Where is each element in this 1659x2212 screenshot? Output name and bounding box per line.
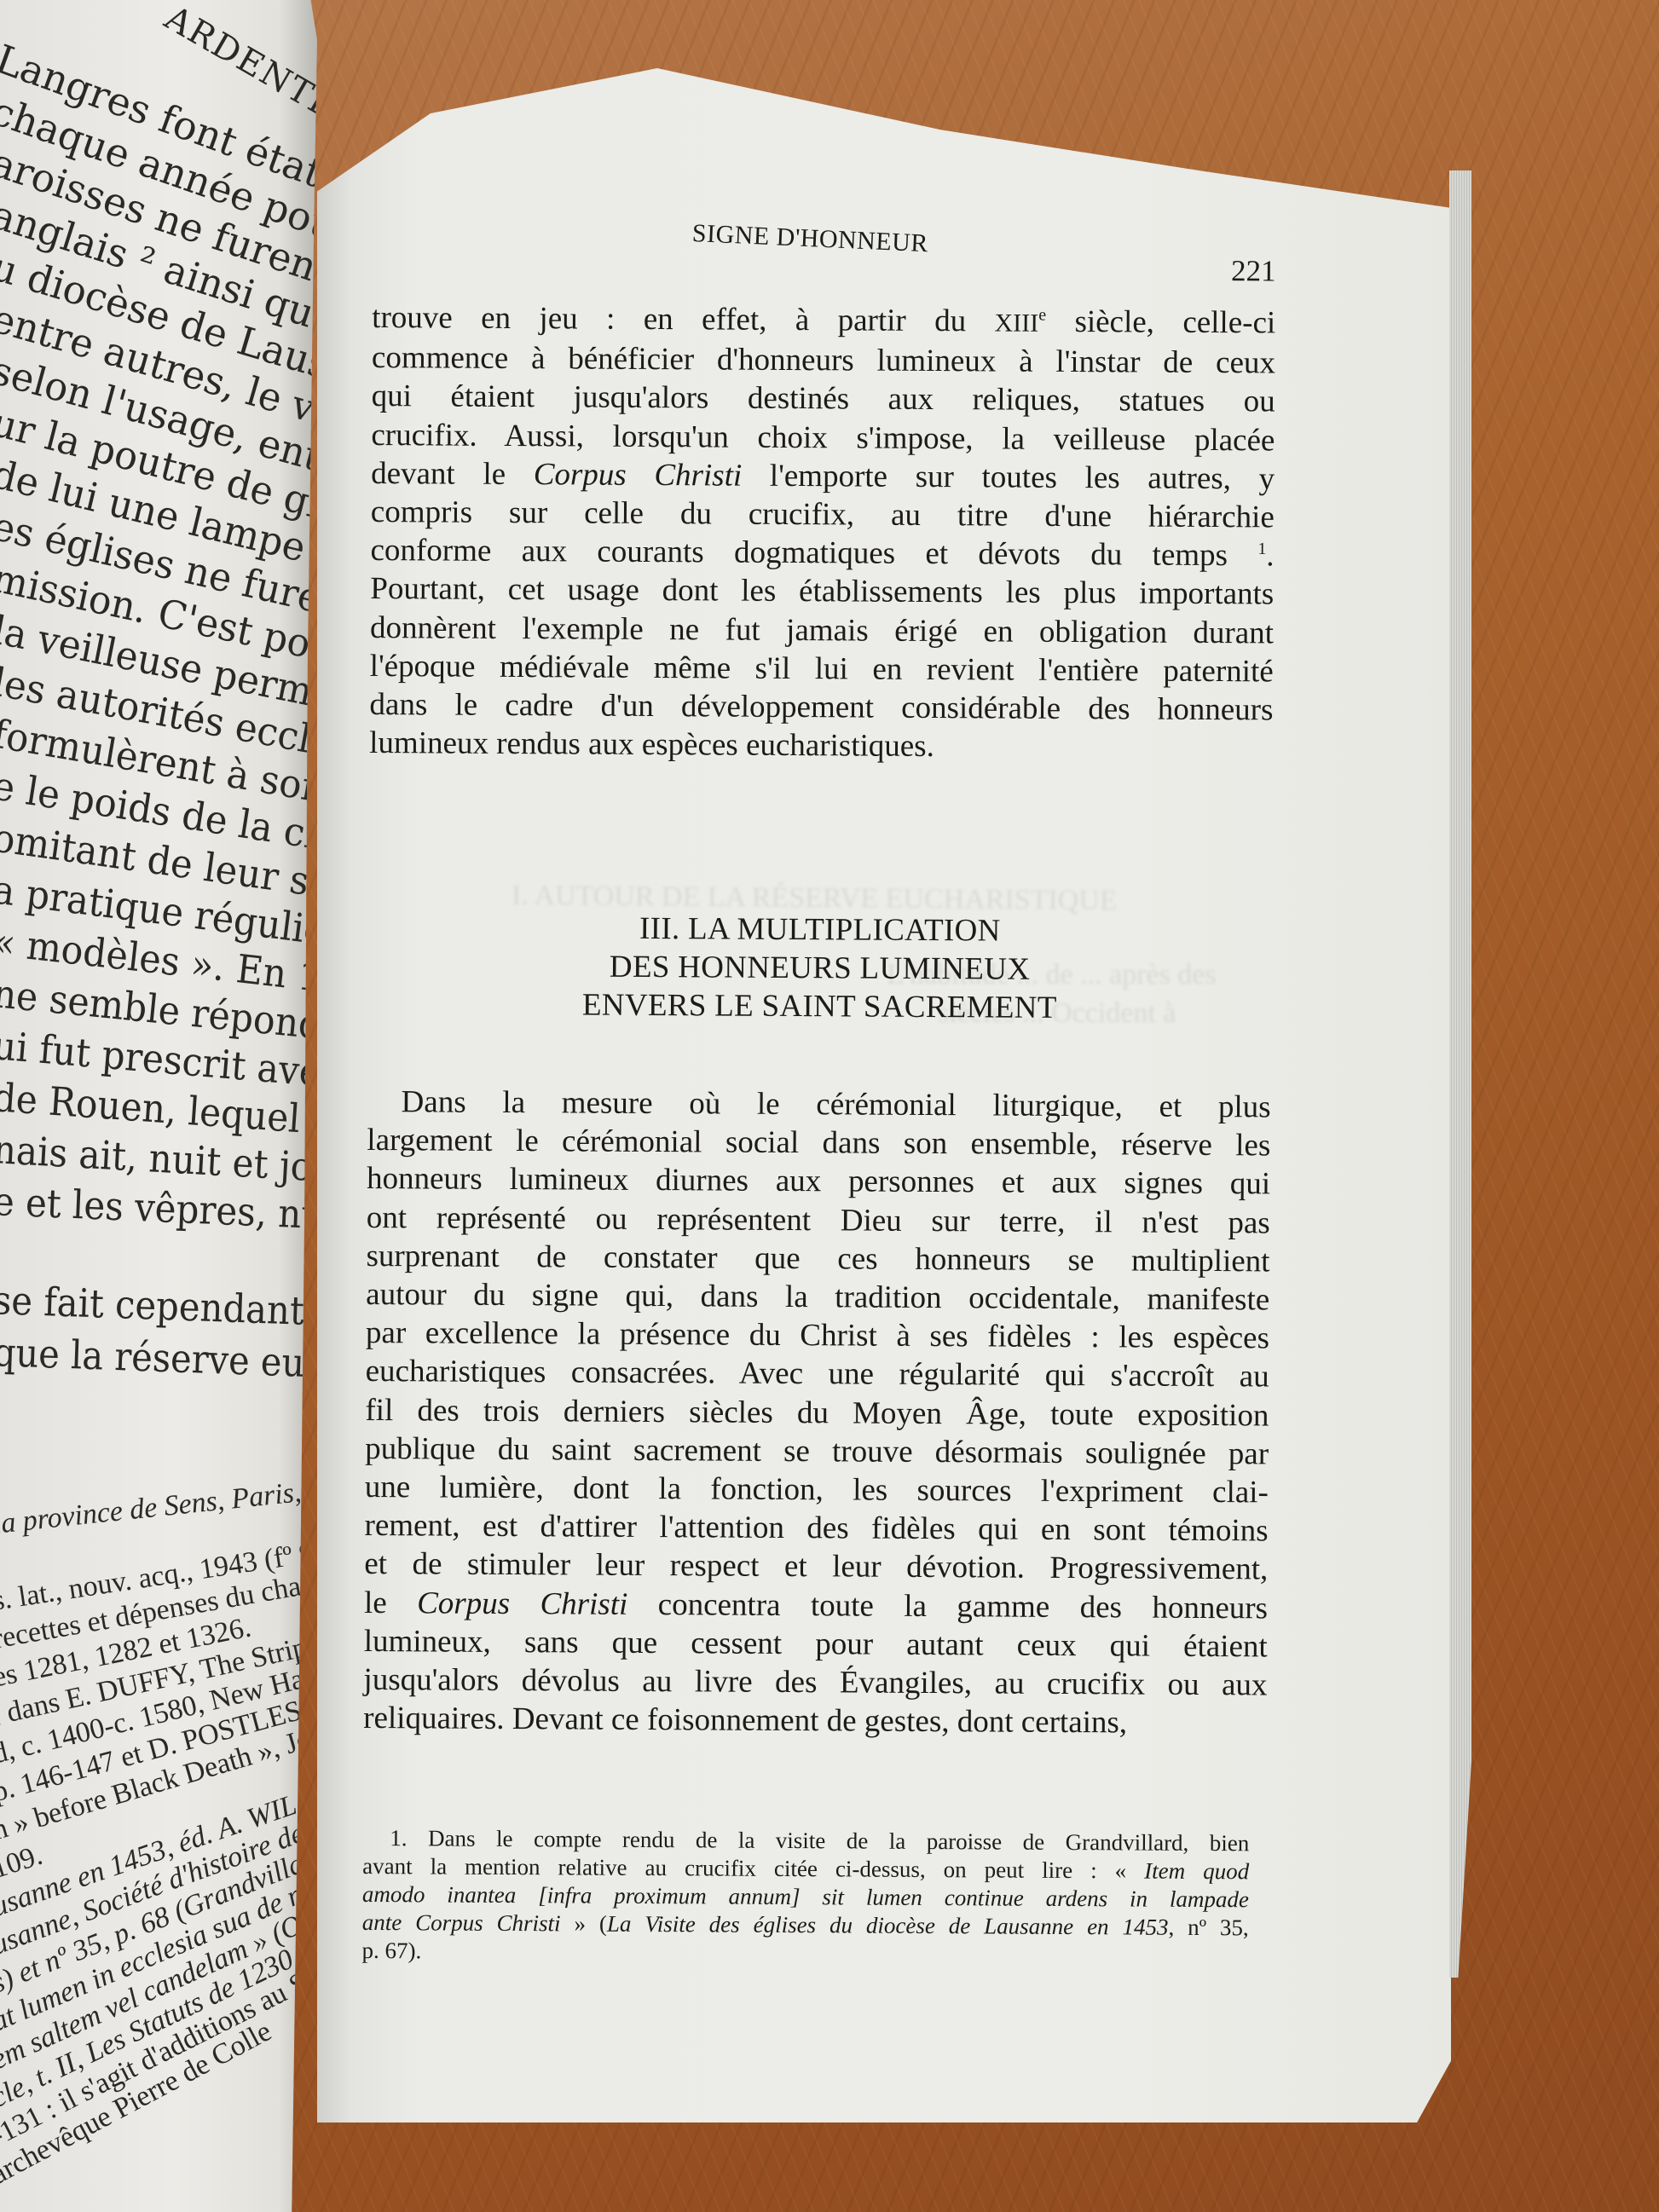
page-number: 221	[1231, 254, 1276, 288]
section-heading: III. LA MULTIPLICATION DES HONNEURS LUMI…	[367, 908, 1272, 1028]
text-run: honneurs lumineux diurnes aux personnes …	[367, 1161, 1270, 1201]
text-line: l'époque médiévale même s'il lui en revi…	[370, 647, 1274, 691]
text-line: Pourtant, cet usage dont les établisseme…	[370, 569, 1274, 614]
running-header: SIGNE D'HONNEUR 221	[373, 213, 1276, 269]
text-line: eucharistiques consacrées. Avec une régu…	[366, 1352, 1269, 1396]
text-run: crucifix. Aussi, lorsqu'un choix s'impos…	[371, 418, 1275, 458]
left-footnote-line: .	[0, 1546, 3, 1580]
text-run: commence à bénéficier d'honneurs lumineu…	[372, 340, 1275, 380]
text-run: et de stimuler leur respect et leur dévo…	[364, 1546, 1268, 1586]
text-line: surprenant de constater que ces honneurs…	[366, 1237, 1269, 1281]
text-line: honneurs lumineux diurnes aux personnes …	[367, 1159, 1270, 1204]
text-line: p. 67).	[361, 1937, 1248, 1970]
text-run: largement le cérémonial social dans son …	[367, 1123, 1270, 1163]
section-paragraph: Dans la mesure où le cérémonial liturgiq…	[363, 1083, 1271, 1743]
text-run: qui étaient jusqu'alors destinés aux rel…	[372, 378, 1275, 419]
text-line: jusqu'alors dévolus au livre des Évangil…	[363, 1660, 1267, 1705]
text-run: l'époque médiévale même s'il lui en revi…	[370, 649, 1274, 689]
italic-text: Item quod	[1144, 1858, 1249, 1885]
text-run: le	[364, 1585, 417, 1620]
footnote: 1. Dans le compte rendu de la visite de …	[361, 1824, 1249, 1970]
page-edges	[1449, 170, 1471, 1978]
superscript: e	[1038, 305, 1046, 324]
text-line: une lumière, dont la fonction, les sourc…	[365, 1468, 1269, 1512]
text-line: largement le cérémonial social dans son …	[367, 1121, 1270, 1165]
italic-text: Corpus Christi	[417, 1585, 627, 1622]
text-run: siècle, celle-ci	[1046, 304, 1275, 341]
text-run: p. 67).	[361, 1938, 421, 1963]
text-run: fil des trois derniers siècles du Moyen …	[365, 1393, 1269, 1433]
text-run: publique du saint sacrement se trouve dé…	[365, 1431, 1269, 1471]
text-line: ont représenté ou représentent Dieu sur …	[367, 1198, 1270, 1243]
section-heading-line: III. LA MULTIPLICATION	[368, 908, 1272, 951]
text-line: ante Corpus Christi » (La Visite des égl…	[362, 1909, 1249, 1942]
text-run: ont représenté ou représentent Dieu sur …	[367, 1200, 1270, 1240]
text-run: donnèrent l'exemple ne fut jamais érigé …	[370, 610, 1274, 650]
italic-text: La Visite des églises du diocèse de Laus…	[607, 1911, 1169, 1940]
text-run: , nº 35,	[1168, 1915, 1248, 1941]
running-title: SIGNE D'HONNEUR	[691, 219, 928, 258]
text-run: XIII	[994, 309, 1038, 337]
italic-text: ante Corpus Christi	[362, 1909, 561, 1936]
italic-text: Corpus Christi	[534, 457, 743, 493]
text-run: lumineux, sans que cessent pour autant c…	[364, 1624, 1268, 1664]
text-run: conforme aux courants dogmatiques et dév…	[370, 533, 1257, 573]
text-run: une lumière, dont la fonction, les sourc…	[365, 1470, 1269, 1510]
text-run: lumineux rendus aux espèces eucharistiqu…	[369, 725, 934, 764]
left-footnote-line: la province de Sens, Paris, 1902	[0, 1470, 317, 1541]
text-line: le Corpus Christi concentra toute la gam…	[364, 1584, 1268, 1628]
text-run: reliquaires. Devant ce foisonnement de g…	[363, 1701, 1127, 1740]
left-page: ARDENTELangres font état en 1281chaque a…	[0, 0, 317, 2212]
text-line: crucifix. Aussi, lorsqu'un choix s'impos…	[371, 416, 1275, 460]
text-run: compris sur celle du crucifix, au titre …	[371, 494, 1275, 534]
section-heading-line: DES HONNEURS LUMINEUX	[367, 946, 1271, 990]
opening-paragraph: trouve en jeu : en effet, à partir du XI…	[369, 298, 1275, 768]
text-line: par excellence la présence du Christ à s…	[366, 1314, 1269, 1358]
text-line: autour du signe qui, dans la tradition o…	[366, 1275, 1269, 1320]
text-run: trouve en jeu : en effet, à partir du	[372, 300, 995, 338]
text-line: lumineux, sans que cessent pour autant c…	[364, 1622, 1268, 1666]
text-line: publique du saint sacrement se trouve dé…	[365, 1429, 1269, 1474]
text-line: et de stimuler leur respect et leur dévo…	[364, 1545, 1268, 1589]
text-run: concentra toute la gamme des honneurs	[627, 1587, 1268, 1626]
text-run: .	[1266, 539, 1275, 574]
text-run: devant le	[371, 456, 534, 492]
section-heading-line: ENVERS LE SAINT SACREMENT	[367, 985, 1271, 1028]
text-line: trouve en jeu : en effet, à partir du XI…	[372, 298, 1275, 344]
text-run: Pourtant, cet usage dont les établisseme…	[370, 571, 1274, 611]
superscript: 1	[1257, 540, 1266, 558]
text-line: donnèrent l'exemple ne fut jamais érigé …	[370, 609, 1274, 653]
left-body-line: e et les vêpres, nuance-t-il	[0, 1178, 317, 1244]
text-line: Dans la mesure où le cérémonial liturgiq…	[367, 1083, 1270, 1127]
text-run: surprenant de constater que ces honneurs…	[366, 1239, 1269, 1279]
text-line: rement, est d'attirer l'attention des fi…	[364, 1506, 1268, 1551]
left-body-line: que la réserve eucharistiq	[0, 1329, 317, 1391]
text-run: par excellence la présence du Christ à s…	[366, 1315, 1269, 1355]
text-line: qui étaient jusqu'alors destinés aux rel…	[372, 377, 1275, 421]
text-line: dans le cadre d'un développement considé…	[369, 685, 1273, 730]
text-line: conforme aux courants dogmatiques et dév…	[370, 531, 1274, 575]
text-run: eucharistiques consacrées. Avec une régu…	[366, 1354, 1269, 1394]
text-run: jusqu'alors dévolus au livre des Évangil…	[363, 1662, 1267, 1702]
text-line: compris sur celle du crucifix, au titre …	[371, 493, 1275, 537]
text-run: l'emporte sur toutes les autres, y	[742, 458, 1275, 496]
text-run: autour du signe qui, dans la tradition o…	[366, 1277, 1269, 1317]
text-run: Dans la mesure où le cérémonial liturgiq…	[402, 1084, 1271, 1124]
text-run: 1. Dans le compte rendu de la visite de …	[390, 1825, 1249, 1856]
text-run: avant la mention relative au crucifix ci…	[362, 1853, 1144, 1884]
italic-text: amodo inantea [infra proximum annum] sit…	[362, 1881, 1249, 1912]
text-line: reliquaires. Devant ce foisonnement de g…	[363, 1699, 1267, 1743]
text-run: » (	[561, 1910, 607, 1936]
text-line: lumineux rendus aux espèces eucharistiqu…	[369, 724, 1273, 768]
text-line: fil des trois derniers siècles du Moyen …	[365, 1391, 1269, 1435]
text-line: devant le Corpus Christi l'emporte sur t…	[371, 454, 1275, 499]
text-line: commence à bénéficier d'honneurs lumineu…	[372, 338, 1275, 383]
text-run: dans le cadre d'un développement considé…	[369, 687, 1273, 727]
text-run: rement, est d'attirer l'attention des fi…	[364, 1508, 1268, 1548]
